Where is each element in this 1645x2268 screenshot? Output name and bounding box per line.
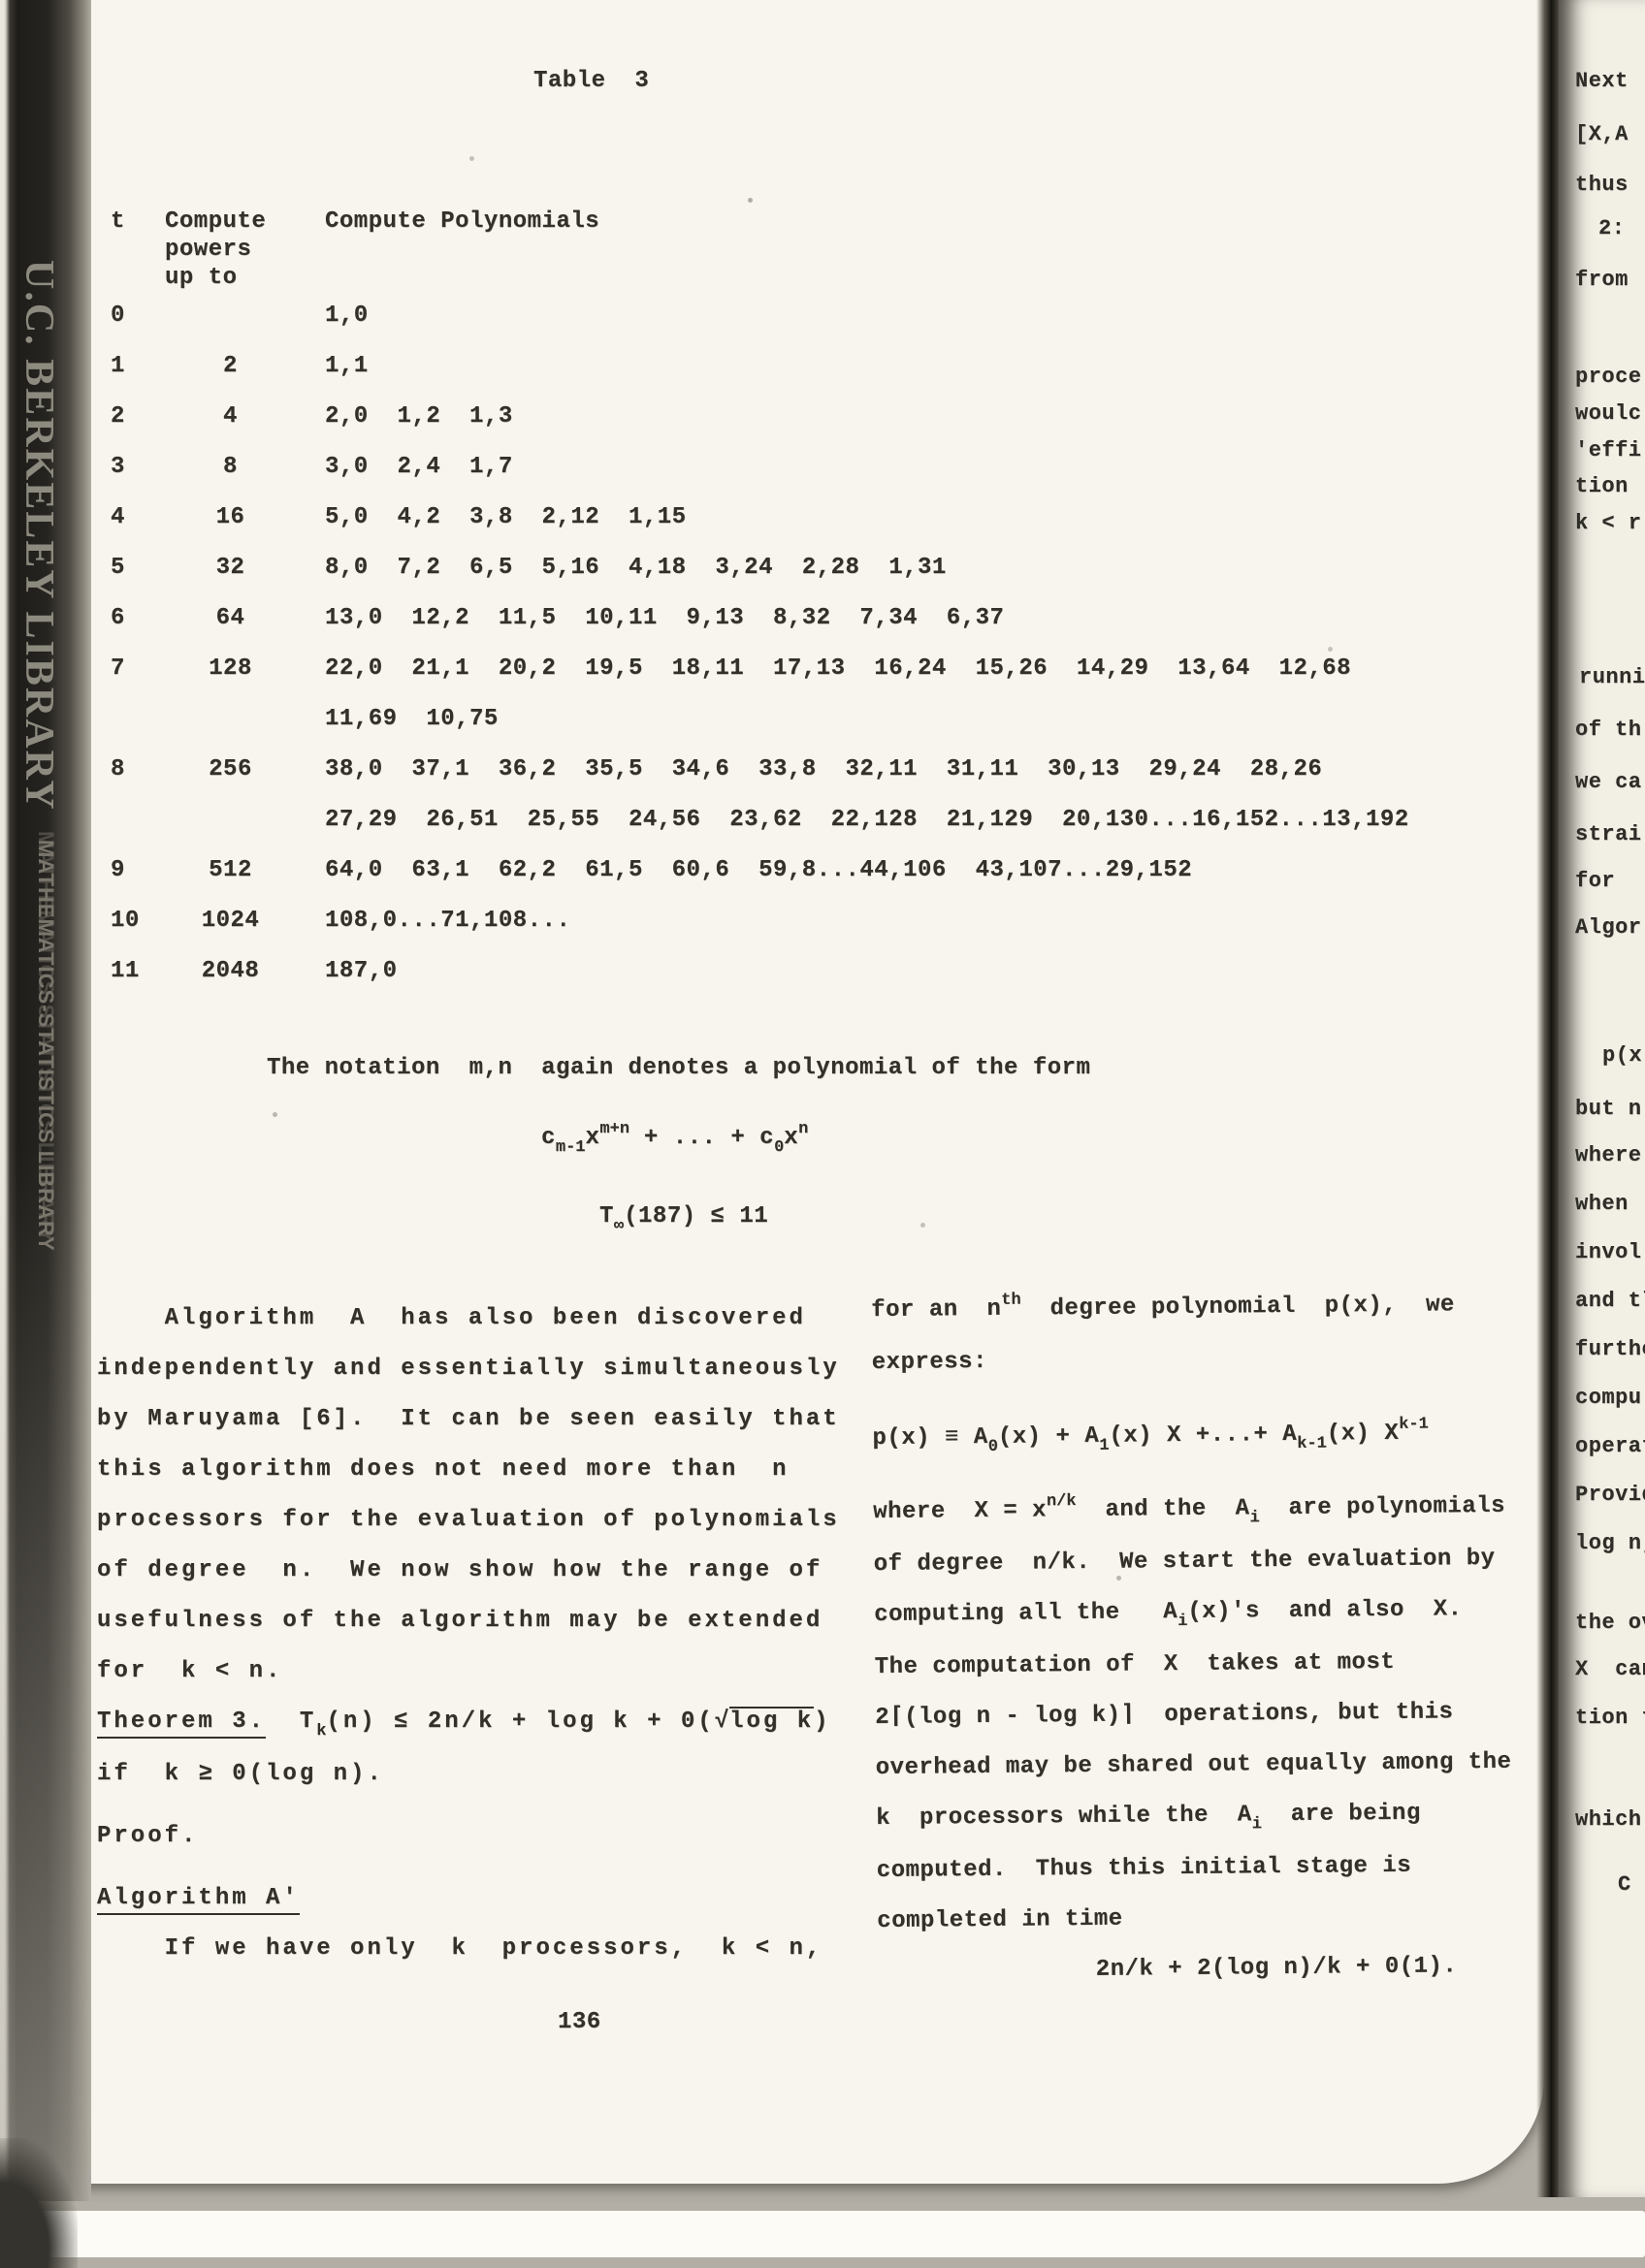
cell-t: 8 — [111, 745, 165, 846]
adjacent-page-text-fragment: k < r — [1575, 511, 1642, 536]
paragraph-line: computed. Thus this initial stage is — [877, 1839, 1556, 1897]
adjacent-page-text-fragment: which — [1575, 1807, 1642, 1833]
cell-power: 2 — [165, 341, 296, 392]
cell-t: 11 — [111, 946, 165, 997]
right-column: for an nth degree polynomial p(x), we ex… — [871, 1279, 1557, 1997]
adjacent-page-text-fragment: p(x — [1602, 1043, 1642, 1069]
table-row: 4 16 5,0 4,2 3,8 2,12 1,15 — [111, 493, 1468, 543]
polynomial-line: 3,0 2,4 1,7 — [325, 442, 1468, 493]
cell-polynomials: 187,0 — [296, 946, 1468, 997]
cell-power: 8 — [165, 442, 296, 493]
cell-power — [165, 291, 296, 341]
polynomial-line: 38,0 37,1 36,2 35,5 34,6 33,8 32,11 31,1… — [325, 745, 1468, 795]
table-row: 2 4 2,0 1,2 1,3 — [111, 392, 1468, 442]
library-stamp-main: U.C. BERKELEY LIBRARY — [16, 260, 62, 880]
adjacent-page-text-fragment: woulc — [1575, 401, 1642, 427]
adjacent-page-edge: Next [X,A thus 2: from proce woulc 'effi… — [1560, 0, 1645, 2197]
paragraph-line: processors for the evaluation of polynom… — [97, 1495, 873, 1546]
library-stamp-dept: MATHEMATICS-STATISTICS LIBRARY — [33, 840, 58, 1295]
polynomial-line: 5,0 4,2 3,8 2,12 1,15 — [325, 493, 1468, 543]
cell-power: 32 — [165, 543, 296, 593]
cell-polynomials: 38,0 37,1 36,2 35,5 34,6 33,8 32,11 31,1… — [296, 745, 1468, 846]
polynomial-form-formula: cm-1xm+n + ... + c0xn — [541, 1117, 808, 1162]
paragraph-line: of degree n/k. We start the evaluation b… — [873, 1533, 1552, 1590]
table-row: 6 64 13,0 12,2 11,5 10,11 9,13 8,32 7,34… — [111, 593, 1468, 644]
theorem-3-line: Theorem 3. Tk(n) ≤ 2n/k + log k + 0(√log… — [97, 1697, 873, 1749]
t-infinity-bound-formula: T∞(187) ≤ 11 — [599, 1202, 768, 1233]
table-row: 5 32 8,0 7,2 6,5 5,16 4,18 3,24 2,28 1,3… — [111, 543, 1468, 593]
adjacent-page-text-fragment: C — [1618, 1872, 1631, 1898]
cell-t: 0 — [111, 291, 165, 341]
col-header-powers-line: up to — [165, 264, 296, 292]
polynomial-line: 22,0 21,1 20,2 19,5 18,11 17,13 16,24 15… — [325, 644, 1468, 694]
cell-power: 256 — [165, 745, 296, 846]
adjacent-page-text-fragment: runni — [1579, 665, 1645, 690]
adjacent-page-text-fragment: where — [1575, 1143, 1642, 1168]
adjacent-page-text-fragment: [X,A — [1575, 122, 1629, 147]
table-row: 0 1,0 — [111, 291, 1468, 341]
adjacent-page-text-fragment: proce — [1575, 365, 1642, 390]
polynomial-line: 108,0...71,108... — [325, 896, 1468, 946]
table-row: 7 128 22,0 21,1 20,2 19,5 18,11 17,13 16… — [111, 644, 1468, 745]
cell-polynomials: 13,0 12,2 11,5 10,11 9,13 8,32 7,34 6,37 — [296, 593, 1468, 644]
col-header-polynomials: Compute Polynomials — [296, 208, 599, 292]
paragraph-line: 2⌈(log n - log k)⌉ operations, but this — [875, 1686, 1554, 1743]
table-row: 8 256 38,0 37,1 36,2 35,5 34,6 33,8 32,1… — [111, 745, 1468, 846]
adjacent-page-text-fragment: from — [1575, 268, 1629, 293]
cell-t: 10 — [111, 896, 165, 946]
polynomial-line: 8,0 7,2 6,5 5,16 4,18 3,24 2,28 1,31 — [325, 543, 1468, 593]
cell-t: 3 — [111, 442, 165, 493]
cell-power: 2048 — [165, 946, 296, 997]
adjacent-page-text-fragment: Algor — [1575, 915, 1642, 941]
adjacent-page-text-fragment: tion — [1575, 474, 1629, 499]
initial-stage-time-formula: 2n/k + 2(log n)/k + 0(1). — [878, 1940, 1557, 1997]
page-number: 136 — [558, 2009, 601, 2035]
adjacent-page-text-fragment: Provid — [1575, 1483, 1645, 1508]
cell-t: 6 — [111, 593, 165, 644]
cell-polynomials: 64,0 63,1 62,2 61,5 60,6 59,8...44,106 4… — [296, 846, 1468, 896]
cell-power: 128 — [165, 644, 296, 745]
adjacent-page-text-fragment: X can — [1575, 1657, 1645, 1682]
cell-polynomials: 3,0 2,4 1,7 — [296, 442, 1468, 493]
proof-label: Proof. — [97, 1811, 873, 1862]
adjacent-page-text-fragment: compu — [1575, 1386, 1642, 1411]
adjacent-page-text-fragment: log n, — [1575, 1531, 1645, 1556]
cell-t: 1 — [111, 341, 165, 392]
cell-polynomials: 8,0 7,2 6,5 5,16 4,18 3,24 2,28 1,31 — [296, 543, 1468, 593]
table-header: t Compute powers up to Compute Polynomia… — [111, 208, 599, 292]
notation-sentence: The notation m,n again denotes a polynom… — [267, 1055, 1090, 1082]
adjacent-page-text-fragment: but n — [1575, 1097, 1642, 1122]
theorem-condition-line: if k ≥ 0(log n). — [97, 1749, 873, 1800]
adjacent-page-text-fragment: 'effi — [1575, 438, 1642, 463]
paragraph-line: Algorithm A has also been discovered — [97, 1294, 873, 1344]
table-row: 3 8 3,0 2,4 1,7 — [111, 442, 1468, 493]
paragraph-line: independently and essentially simultaneo… — [97, 1344, 873, 1394]
paragraph-line: for k < n. — [97, 1646, 873, 1697]
cell-polynomials: 1,0 — [296, 291, 1468, 341]
algorithm-a-prime-heading: Algorithm A' — [97, 1873, 873, 1924]
polynomial-line: 27,29 26,51 25,55 24,56 23,62 22,128 21,… — [325, 795, 1468, 846]
adjacent-page-text-fragment: when — [1575, 1192, 1629, 1217]
col-header-t: t — [111, 208, 165, 292]
paragraph-line: k processors while the Ai are being — [876, 1787, 1555, 1846]
table-row: 11 2048 187,0 — [111, 946, 1468, 997]
table-title: Table 3 — [533, 68, 649, 94]
cell-t: 7 — [111, 644, 165, 745]
cell-polynomials: 108,0...71,108... — [296, 896, 1468, 946]
adjacent-page-text-fragment: for — [1575, 869, 1615, 894]
cell-power: 64 — [165, 593, 296, 644]
cell-polynomials: 1,1 — [296, 341, 1468, 392]
col-header-powers-line: Compute — [165, 208, 296, 236]
cell-power: 16 — [165, 493, 296, 543]
polynomial-line: 2,0 1,2 1,3 — [325, 392, 1468, 442]
cell-t: 5 — [111, 543, 165, 593]
paragraph-line: usefulness of the algorithm may be exten… — [97, 1596, 873, 1646]
col-header-powers-line: powers — [165, 236, 296, 264]
paragraph-line: If we have only k processors, k < n, — [97, 1924, 873, 1974]
polynomial-line: 1,0 — [325, 291, 1468, 341]
paragraph-line: express: — [871, 1331, 1550, 1389]
table-body: 0 1,0 1 2 1,1 2 — [111, 291, 1468, 997]
paragraph-line: computing all the Ai(x)'s and also X. — [874, 1583, 1553, 1643]
adjacent-page-text-fragment: invol — [1575, 1240, 1642, 1265]
adjacent-page-text-fragment: strai — [1575, 822, 1642, 847]
adjacent-page-text-fragment: of th — [1575, 718, 1642, 743]
paragraph-line: by Maruyama [6]. It can be seen easily t… — [97, 1394, 873, 1445]
table-row: 1 2 1,1 — [111, 341, 1468, 392]
polynomial-line: 13,0 12,2 11,5 10,11 9,13 8,32 7,34 6,37 — [325, 593, 1468, 644]
adjacent-page-text-fragment: 2: — [1598, 216, 1625, 241]
paragraph-line: completed in time — [877, 1890, 1556, 1947]
adjacent-page-text-fragment: furthe — [1575, 1337, 1645, 1362]
adjacent-page-text-fragment: tion t — [1575, 1706, 1645, 1731]
cell-t: 2 — [111, 392, 165, 442]
cell-polynomials: 22,0 21,1 20,2 19,5 18,11 17,13 16,24 15… — [296, 644, 1468, 745]
cell-t: 4 — [111, 493, 165, 543]
paragraph-line: this algorithm does not need more than n — [97, 1445, 873, 1495]
adjacent-page-text-fragment: operat — [1575, 1434, 1645, 1459]
left-paragraph: Algorithm A has also been discovered ind… — [97, 1294, 873, 1697]
cell-power: 4 — [165, 392, 296, 442]
p-of-x-expansion-formula: p(x) ≡ A0(x) + A1(x) X +...+ Ak-1(x) Xk-… — [872, 1407, 1551, 1466]
polynomial-line: 11,69 10,75 — [325, 694, 1468, 745]
scanner-bed-strip — [25, 2211, 1645, 2257]
table-row: 10 1024 108,0...71,108... — [111, 896, 1468, 946]
paragraph-line: for an nth degree polynomial p(x), we — [871, 1279, 1550, 1338]
paragraph-line: overhead may be shared out equally among… — [875, 1737, 1554, 1794]
adjacent-page-text-fragment: we ca — [1575, 770, 1642, 795]
adjacent-page-text-fragment: the ov — [1575, 1611, 1645, 1636]
left-column: Algorithm A has also been discovered ind… — [97, 1294, 873, 1974]
paragraph-line: The computation of X takes at most — [874, 1636, 1553, 1693]
adjacent-page-text-fragment: thus — [1575, 173, 1629, 198]
polynomial-line: 64,0 63,1 62,2 61,5 60,6 59,8...44,106 4… — [325, 846, 1468, 896]
col-header-powers: Compute powers up to — [165, 208, 296, 292]
cell-t: 9 — [111, 846, 165, 896]
polynomial-line: 187,0 — [325, 946, 1468, 997]
paragraph-line: of degree n. We now show how the range o… — [97, 1546, 873, 1596]
cell-polynomials: 5,0 4,2 3,8 2,12 1,15 — [296, 493, 1468, 543]
cell-power: 512 — [165, 846, 296, 896]
bottom-left-shadow — [0, 2138, 78, 2268]
paper-page: Table 3 t Compute powers up to Compute P… — [29, 0, 1544, 2184]
cell-polynomials: 2,0 1,2 1,3 — [296, 392, 1468, 442]
table-row: 9 512 64,0 63,1 62,2 61,5 60,6 59,8...44… — [111, 846, 1468, 896]
polynomial-line: 1,1 — [325, 341, 1468, 392]
adjacent-page-text-fragment: and tl — [1575, 1289, 1645, 1314]
adjacent-page-text-fragment: Next — [1575, 69, 1629, 94]
paragraph-line: where X = xn/k and the Ai are polynomial… — [873, 1481, 1552, 1540]
cell-power: 1024 — [165, 896, 296, 946]
